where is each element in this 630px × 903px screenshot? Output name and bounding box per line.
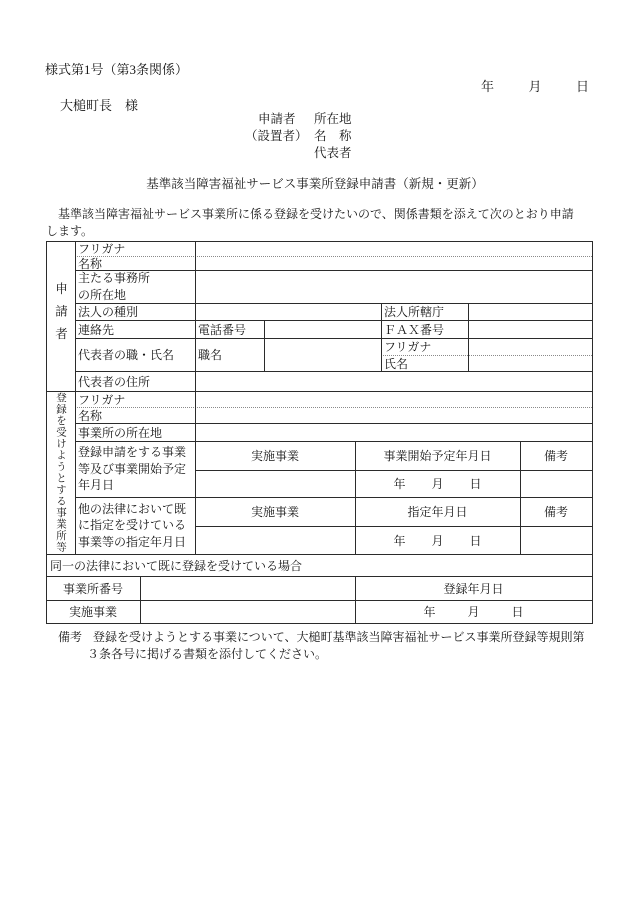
remarks-header: 備考 (520, 441, 592, 470)
date-month-placeholder: 月 (467, 603, 479, 620)
applicant-word: 申請者 (258, 110, 296, 125)
date-day-placeholder: 日 (512, 603, 524, 620)
same-law-caption: 同一の法律において既に登録を受けている場合 (50, 554, 302, 576)
form-number: 様式第1号（第3条関係） (45, 60, 188, 76)
implemented-business-header-2: 実施事業 (195, 497, 355, 526)
intro-line-1: 基準該当障害福祉サービス事業所に係る登録を受けたいので、関係書類を添えて次のとお… (58, 205, 574, 221)
rep-title-name-label: 代表者の職・氏名 (78, 338, 174, 371)
office-furigana-label: フリガナ (78, 391, 125, 407)
corp-authority-label: 法人所轄庁 (384, 303, 444, 320)
applicant-section-vertical-header: 申請者 (46, 241, 75, 391)
applicant-address-word: 所在地 (314, 110, 352, 125)
date-year-placeholder: 年 (481, 76, 494, 95)
table-rule-h (75, 303, 592, 304)
office-address-label: 事業所の所在地 (78, 423, 162, 441)
table-rule-h (46, 241, 593, 242)
other-law-label-line1: 他の法律において既 (78, 501, 186, 518)
other-law-label-line2: に指定を受けている (78, 517, 186, 534)
designated-date-cell: 年 月 日 (355, 526, 520, 554)
addressee: 大槌町長 様 (60, 96, 138, 112)
head-office-label-line2: の所在地 (78, 287, 150, 304)
note-line-1: 登録を受けようとする事業について、大槌町基準該当障害福祉サービス事業所登録等規則… (93, 628, 585, 644)
document-title: 基準該当障害福祉サービス事業所登録申請書（新規・更新） (0, 175, 630, 191)
designated-date-header: 指定年月日 (355, 497, 520, 526)
table-rule-v (381, 303, 382, 371)
table-rule-h (75, 270, 592, 271)
applicant-head-office-label: 主たる事務所 の所在地 (78, 270, 150, 303)
rep-name-label: 氏名 (384, 355, 408, 371)
table-rule-v (75, 241, 76, 554)
date-day-placeholder: 日 (576, 76, 589, 95)
date-month-placeholder: 月 (528, 76, 541, 95)
implemented-business-label-3: 実施事業 (46, 600, 140, 623)
registration-label-line1: 登録申請をする事業 (78, 444, 186, 461)
date-month-placeholder: 月 (431, 532, 443, 549)
fax-label: ＦＡＸ番号 (384, 320, 444, 338)
planned-start-date-header: 事業開始予定年月日 (355, 441, 520, 470)
office-name-label: 名称 (78, 407, 102, 423)
note-line-2: ３条各号に掲げる書類を添付してください。 (87, 645, 327, 661)
other-law-designation-label: 他の法律において既 に指定を受けている 事業等の指定年月日 (78, 497, 186, 554)
table-rule-v (140, 576, 141, 623)
table-rule-v (468, 303, 469, 371)
date-year-placeholder: 年 (393, 532, 405, 549)
registration-business-label: 登録申請をする事業 等及び事業開始予定 年月日 (78, 441, 186, 497)
planned-start-date-cell: 年 月 日 (355, 470, 520, 497)
contact-label: 連絡先 (78, 320, 114, 338)
office-number-label: 事業所番号 (46, 576, 140, 600)
table-rule-h (46, 391, 592, 392)
applicant-name-label: 名称 (78, 256, 102, 270)
table-rule-v (592, 241, 593, 623)
rep-furigana-label: フリガナ (384, 338, 431, 355)
date-year-placeholder: 年 (423, 603, 435, 620)
header-date-line: 年 月 日 (481, 77, 589, 93)
table-rule-h-dotted (381, 355, 592, 356)
registration-date-cell: 年 月 日 (355, 600, 592, 623)
applicant-name-word: 名 称 (314, 127, 352, 142)
date-month-placeholder: 月 (431, 475, 443, 492)
table-rule-h (75, 320, 592, 321)
head-office-label-line1: 主たる事務所 (78, 270, 150, 287)
date-day-placeholder: 日 (470, 475, 482, 492)
tel-label: 電話番号 (198, 320, 246, 338)
table-rule-h (75, 371, 592, 372)
rep-address-label: 代表者の住所 (78, 371, 150, 391)
table-rule-h (46, 623, 593, 624)
office-section-vertical-header: 登録を受けようとする事業所等 (46, 391, 75, 554)
date-year-placeholder: 年 (393, 475, 405, 492)
form-page: 様式第1号（第3条関係） 年 月 日 大槌町長 様 申請者 所在地 （設置者） … (0, 0, 630, 903)
date-day-placeholder: 日 (470, 532, 482, 549)
job-title-label: 職名 (198, 338, 222, 371)
corp-type-label: 法人の種別 (78, 303, 138, 320)
registration-label-line3: 年月日 (78, 477, 186, 494)
other-law-label-line3: 事業等の指定年月日 (78, 534, 186, 551)
applicant-representative-word: 代表者 (314, 144, 352, 159)
table-rule-h-dotted (75, 407, 592, 408)
intro-line-2: します。 (46, 222, 93, 238)
remarks-header-2: 備考 (520, 497, 592, 526)
table-rule-h-dotted (75, 256, 592, 257)
installer-word: （設置者） (245, 127, 308, 142)
note-label: 備考 (58, 628, 82, 644)
registration-date-header: 登録年月日 (355, 576, 592, 600)
table-rule-v (264, 320, 265, 371)
registration-label-line2: 等及び事業開始予定 (78, 461, 186, 478)
implemented-business-header: 実施事業 (195, 441, 355, 470)
